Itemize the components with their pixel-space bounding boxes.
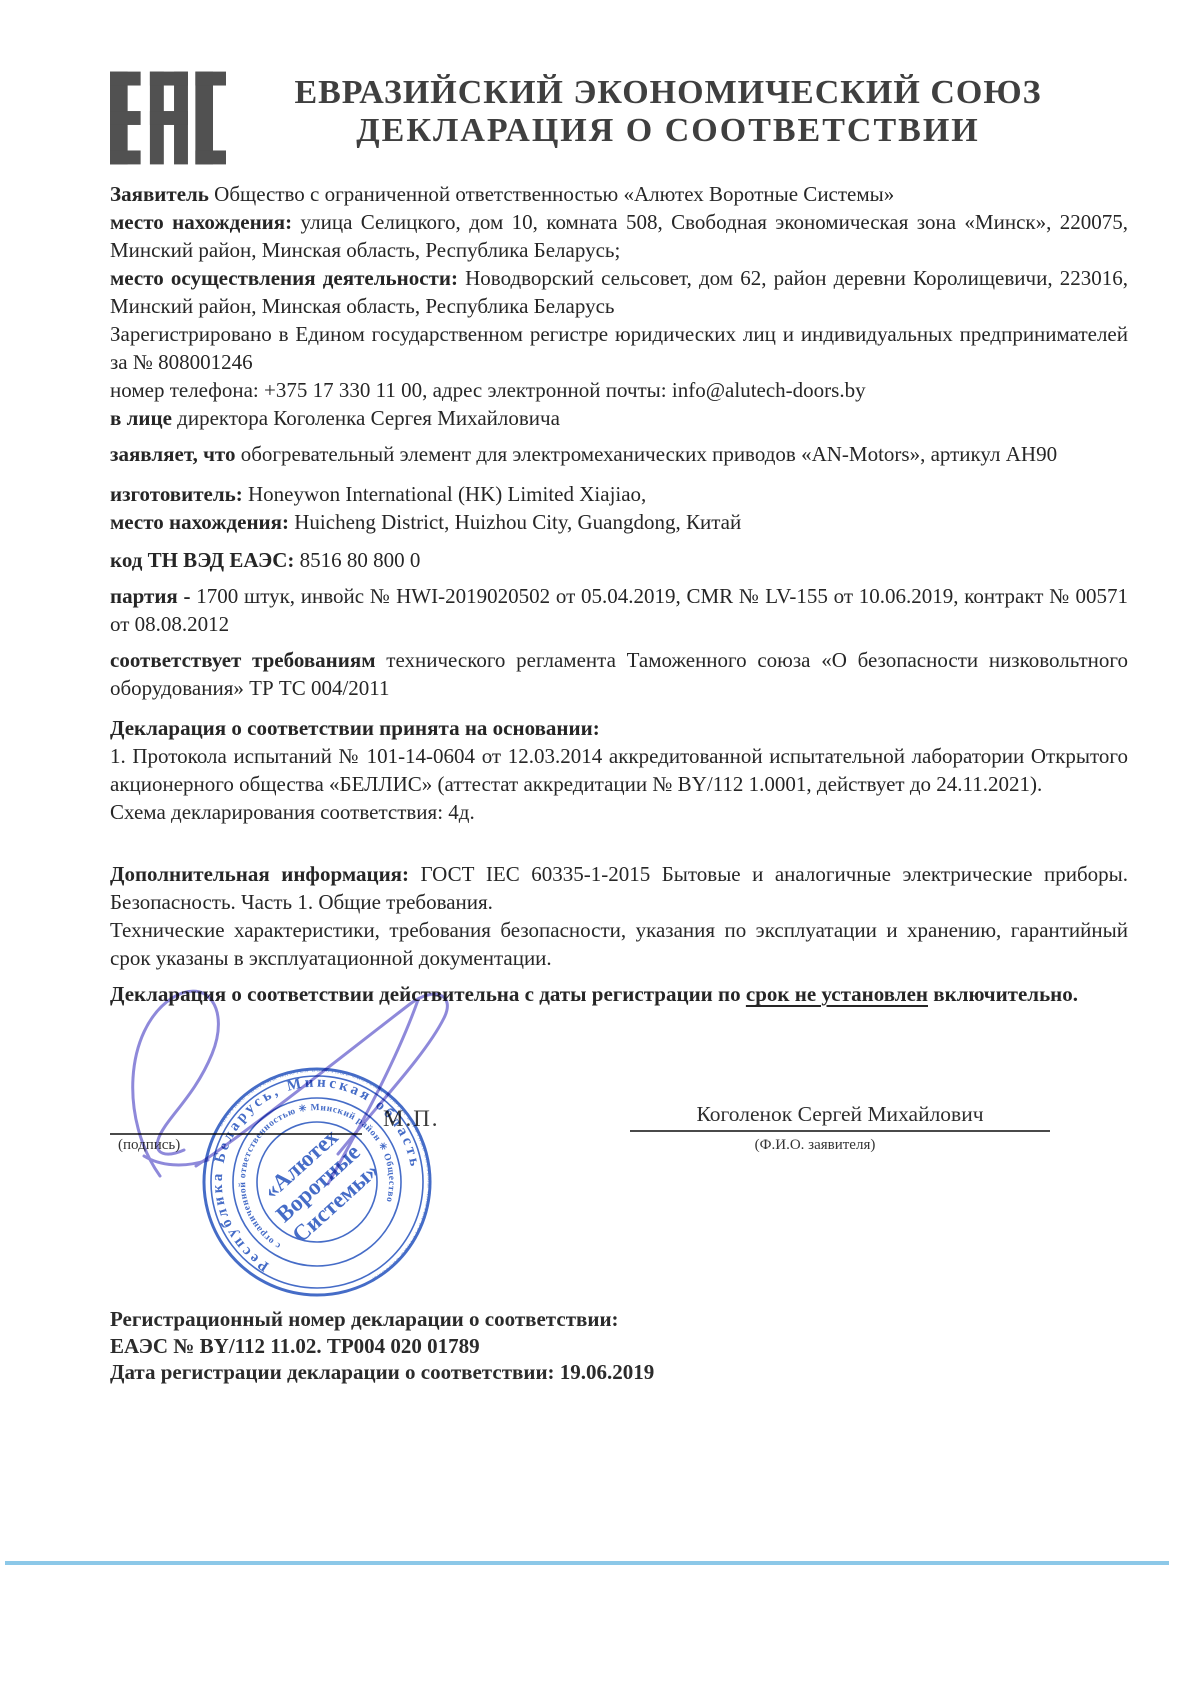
field-manufacturer-location: место нахождения: Huicheng District, Hui… bbox=[110, 508, 1128, 536]
title-declaration-line: ДЕКЛАРАЦИЯ О СООТВЕТСТВИИ bbox=[228, 112, 1108, 150]
registration-date: Дата регистрации декларации о соответств… bbox=[110, 1359, 1128, 1386]
field-batch-text: 1700 штук, инвойс № HWI-2019020502 от 05… bbox=[110, 584, 1128, 636]
field-location: место нахождения: улица Селицкого, дом 1… bbox=[110, 208, 1128, 264]
field-applicant-text: Общество с ограниченной ответственностью… bbox=[214, 182, 894, 206]
validity-underlined-term: срок не установлен bbox=[746, 982, 928, 1006]
field-compliance: соответствует требованиям технического р… bbox=[110, 646, 1128, 702]
basis-heading: Декларация о соответствии принята на осн… bbox=[110, 714, 1128, 742]
field-activity-location: место осуществления деятельности: Новодв… bbox=[110, 264, 1128, 320]
validity-suffix: включительно. bbox=[928, 982, 1078, 1006]
field-tnved-code: код ТН ВЭД ЕАЭС: 8516 80 800 0 bbox=[110, 546, 1128, 574]
field-manufacturer-location-text: Huicheng District, Huizhou City, Guangdo… bbox=[294, 510, 741, 534]
field-represented-by: в лице директора Коголенка Сергея Михайл… bbox=[110, 404, 1128, 432]
additional-info: Дополнительная информация: ГОСТ IEC 6033… bbox=[110, 860, 1128, 916]
signature-paths bbox=[133, 991, 448, 1184]
eac-letters bbox=[110, 72, 226, 165]
field-declares-text: обогревательный элемент для электромехан… bbox=[241, 442, 1057, 466]
field-declares: заявляет, что обогревательный элемент дл… bbox=[110, 440, 1128, 468]
field-activity-location-label: место осуществления деятельности: bbox=[110, 266, 458, 290]
field-manufacturer-location-label: место нахождения: bbox=[110, 510, 289, 534]
field-registration-info: Зарегистрировано в Едином государственно… bbox=[110, 320, 1128, 376]
handwritten-signature bbox=[100, 970, 620, 1220]
field-tnved-code-text: 8516 80 800 0 bbox=[300, 548, 421, 572]
applicant-name-caption: (Ф.И.О. заявителя) bbox=[655, 1137, 975, 1154]
eac-logo bbox=[110, 64, 226, 172]
applicant-name: Коголенок Сергей Михайлович bbox=[630, 1102, 1050, 1132]
field-manufacturer-text: Honeywon International (HK) Limited Xiaj… bbox=[248, 482, 646, 506]
field-location-label: место нахождения: bbox=[110, 210, 292, 234]
field-applicant: Заявитель Общество с ограниченной ответс… bbox=[110, 180, 1128, 208]
field-phone-email: номер телефона: +375 17 330 11 00, адрес… bbox=[110, 376, 1128, 404]
field-batch: партия - 1700 штук, инвойс № HWI-2019020… bbox=[110, 582, 1128, 638]
field-represented-by-label: в лице bbox=[110, 406, 172, 430]
tech-info: Технические характеристики, требования б… bbox=[110, 916, 1128, 972]
field-manufacturer: изготовитель: Honeywon International (HK… bbox=[110, 480, 1128, 508]
registration-number-label: Регистрационный номер декларации о соотв… bbox=[110, 1306, 1128, 1333]
basis-item: 1. Протокола испытаний № 101-14-0604 от … bbox=[110, 742, 1128, 798]
registration-number: ЕАЭС № BY/112 11.02. ТР004 020 01789 bbox=[110, 1333, 1128, 1360]
scan-artifact-line bbox=[5, 1561, 1169, 1565]
title-union-line: ЕВРАЗИЙСКИЙ ЭКОНОМИЧЕСКИЙ СОЮЗ bbox=[228, 74, 1108, 112]
additional-info-label: Дополнительная информация: bbox=[110, 862, 409, 886]
field-manufacturer-label: изготовитель: bbox=[110, 482, 243, 506]
field-declares-label: заявляет, что bbox=[110, 442, 235, 466]
document-body: Заявитель Общество с ограниченной ответс… bbox=[110, 180, 1128, 1008]
signature-strokes bbox=[100, 970, 620, 1220]
document-title: ЕВРАЗИЙСКИЙ ЭКОНОМИЧЕСКИЙ СОЮЗ ДЕКЛАРАЦИ… bbox=[228, 74, 1108, 150]
scheme-line: Схема декларирования соответствия: 4д. bbox=[110, 798, 1128, 826]
field-tnved-code-label: код ТН ВЭД ЕАЭС: bbox=[110, 548, 294, 572]
declaration-document-page: ЕВРАЗИЙСКИЙ ЭКОНОМИЧЕСКИЙ СОЮЗ ДЕКЛАРАЦИ… bbox=[0, 0, 1190, 1683]
field-batch-label: партия - bbox=[110, 584, 191, 608]
registration-block: Регистрационный номер декларации о соотв… bbox=[110, 1306, 1128, 1386]
field-applicant-label: Заявитель bbox=[110, 182, 209, 206]
eac-logo-mark bbox=[110, 64, 226, 172]
field-represented-by-text: директора Коголенка Сергея Михайловича bbox=[177, 406, 560, 430]
field-compliance-label: соответствует требованиям bbox=[110, 648, 376, 672]
